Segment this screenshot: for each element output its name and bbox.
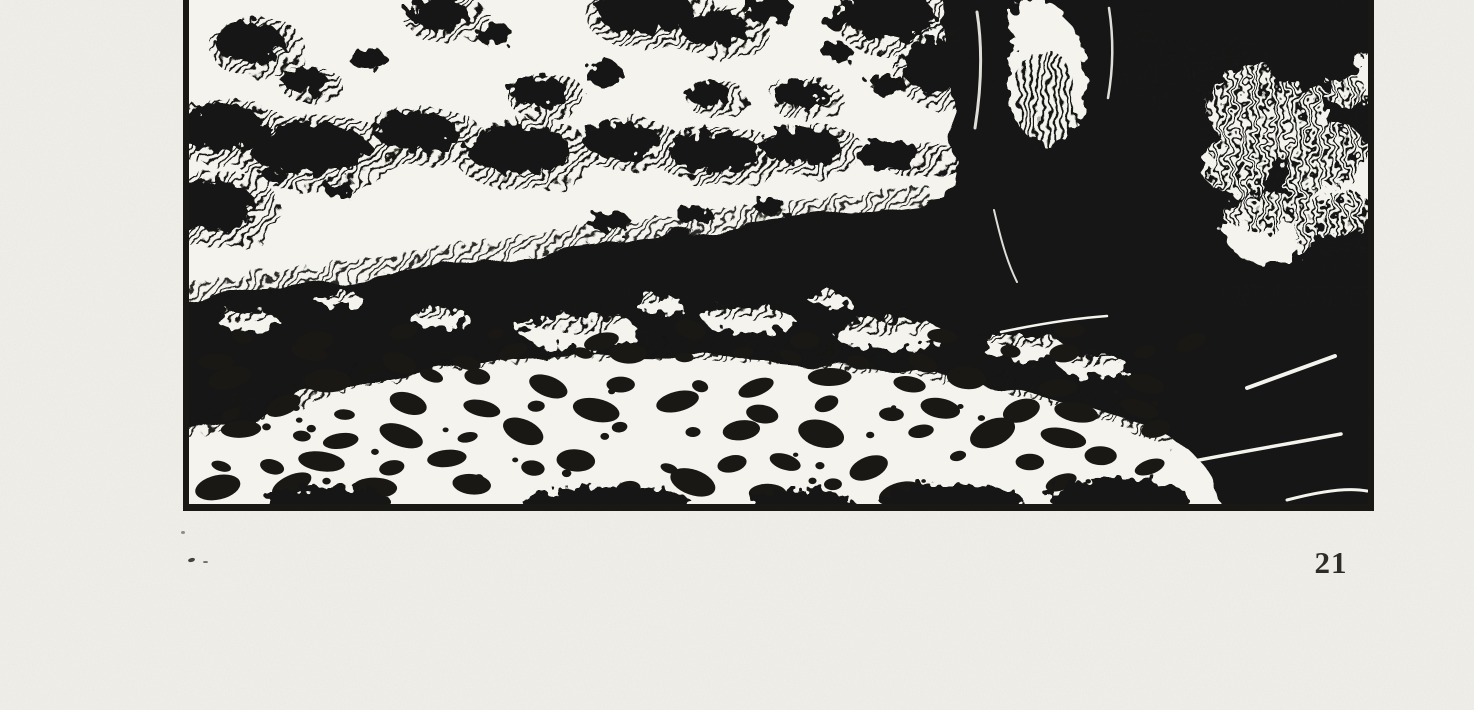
book-page: 21	[0, 0, 1474, 710]
ink-speck	[181, 531, 185, 534]
ink-speck	[188, 557, 196, 563]
comic-panel-frame	[183, 0, 1374, 511]
page-number: 21	[1296, 545, 1366, 581]
panel-artwork	[189, 0, 1368, 504]
ink-speck	[203, 561, 208, 563]
